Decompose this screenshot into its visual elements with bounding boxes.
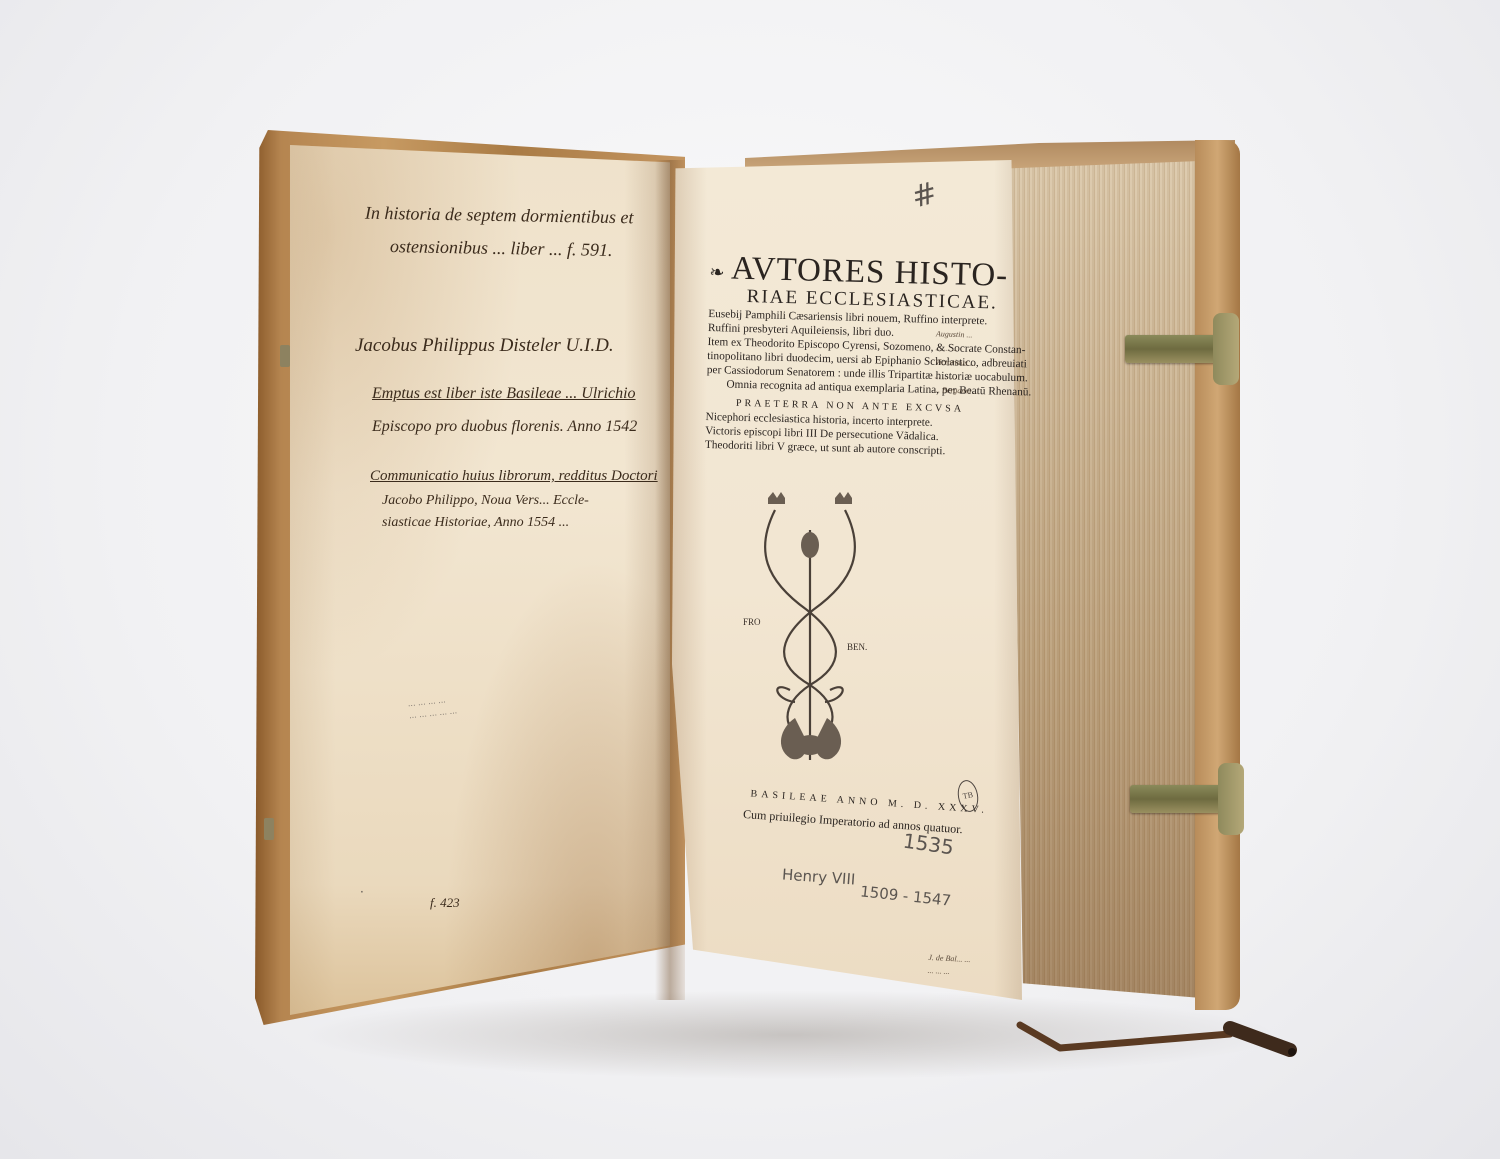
marginal-line: Victorinus ... <box>935 355 980 371</box>
marginal-line: ... ... ... <box>934 369 979 385</box>
communication-note: Communicatio huius librorum, redditus Do… <box>370 468 658 485</box>
marginal-line: ... ... ... <box>927 964 970 979</box>
communication-note: Jacobo Philippo, Noua Vers... Eccle- <box>382 493 589 509</box>
purchase-note: Emptus est liber iste Basileae ... Ulric… <box>372 385 636 403</box>
clasp-hinge-top <box>280 345 290 367</box>
marginal-notes: Augustin ... ... ... ... Victorinus ... … <box>934 327 981 399</box>
bottom-marginal-notes: J. de Bal... ... ... ... ... <box>927 951 971 979</box>
marginal-line: ... ... ... <box>935 341 980 357</box>
purchase-note: Episcopo pro duobus florenis. Anno 1542 <box>372 418 637 436</box>
photo-scene: { "scene": { "subject": "Open antique le… <box>0 0 1500 1159</box>
froben-caduceus-device-icon: FRO BEN. <box>735 490 885 770</box>
marginal-line: Augustin ... <box>936 327 981 343</box>
communication-note: siasticae Historiae, Anno 1554 ... <box>382 515 569 531</box>
owner-inscription: Jacobus Philippus Disteler U.I.D. <box>355 335 614 357</box>
handwritten-note: ostensionibus ... liber ... f. 591. <box>390 236 613 261</box>
brass-clasp-top <box>1125 335 1225 363</box>
iron-key-icon <box>1010 1010 1300 1070</box>
pencil-shelfmark: · <box>360 885 364 899</box>
device-label-left: FRO <box>743 617 761 627</box>
folio-note: f. 423 <box>430 895 460 911</box>
fore-edge <box>1010 160 1225 1000</box>
brass-clasp-bottom <box>1130 785 1230 813</box>
left-pastedown-page <box>290 145 670 1015</box>
clasp-hinge-bottom <box>264 818 274 840</box>
fleuron-icon: ❧ <box>709 262 731 283</box>
right-cover-edge <box>1195 140 1240 1010</box>
device-label-right: BEN. <box>847 642 867 652</box>
marginal-line: ... Bergamo ... <box>934 383 979 399</box>
